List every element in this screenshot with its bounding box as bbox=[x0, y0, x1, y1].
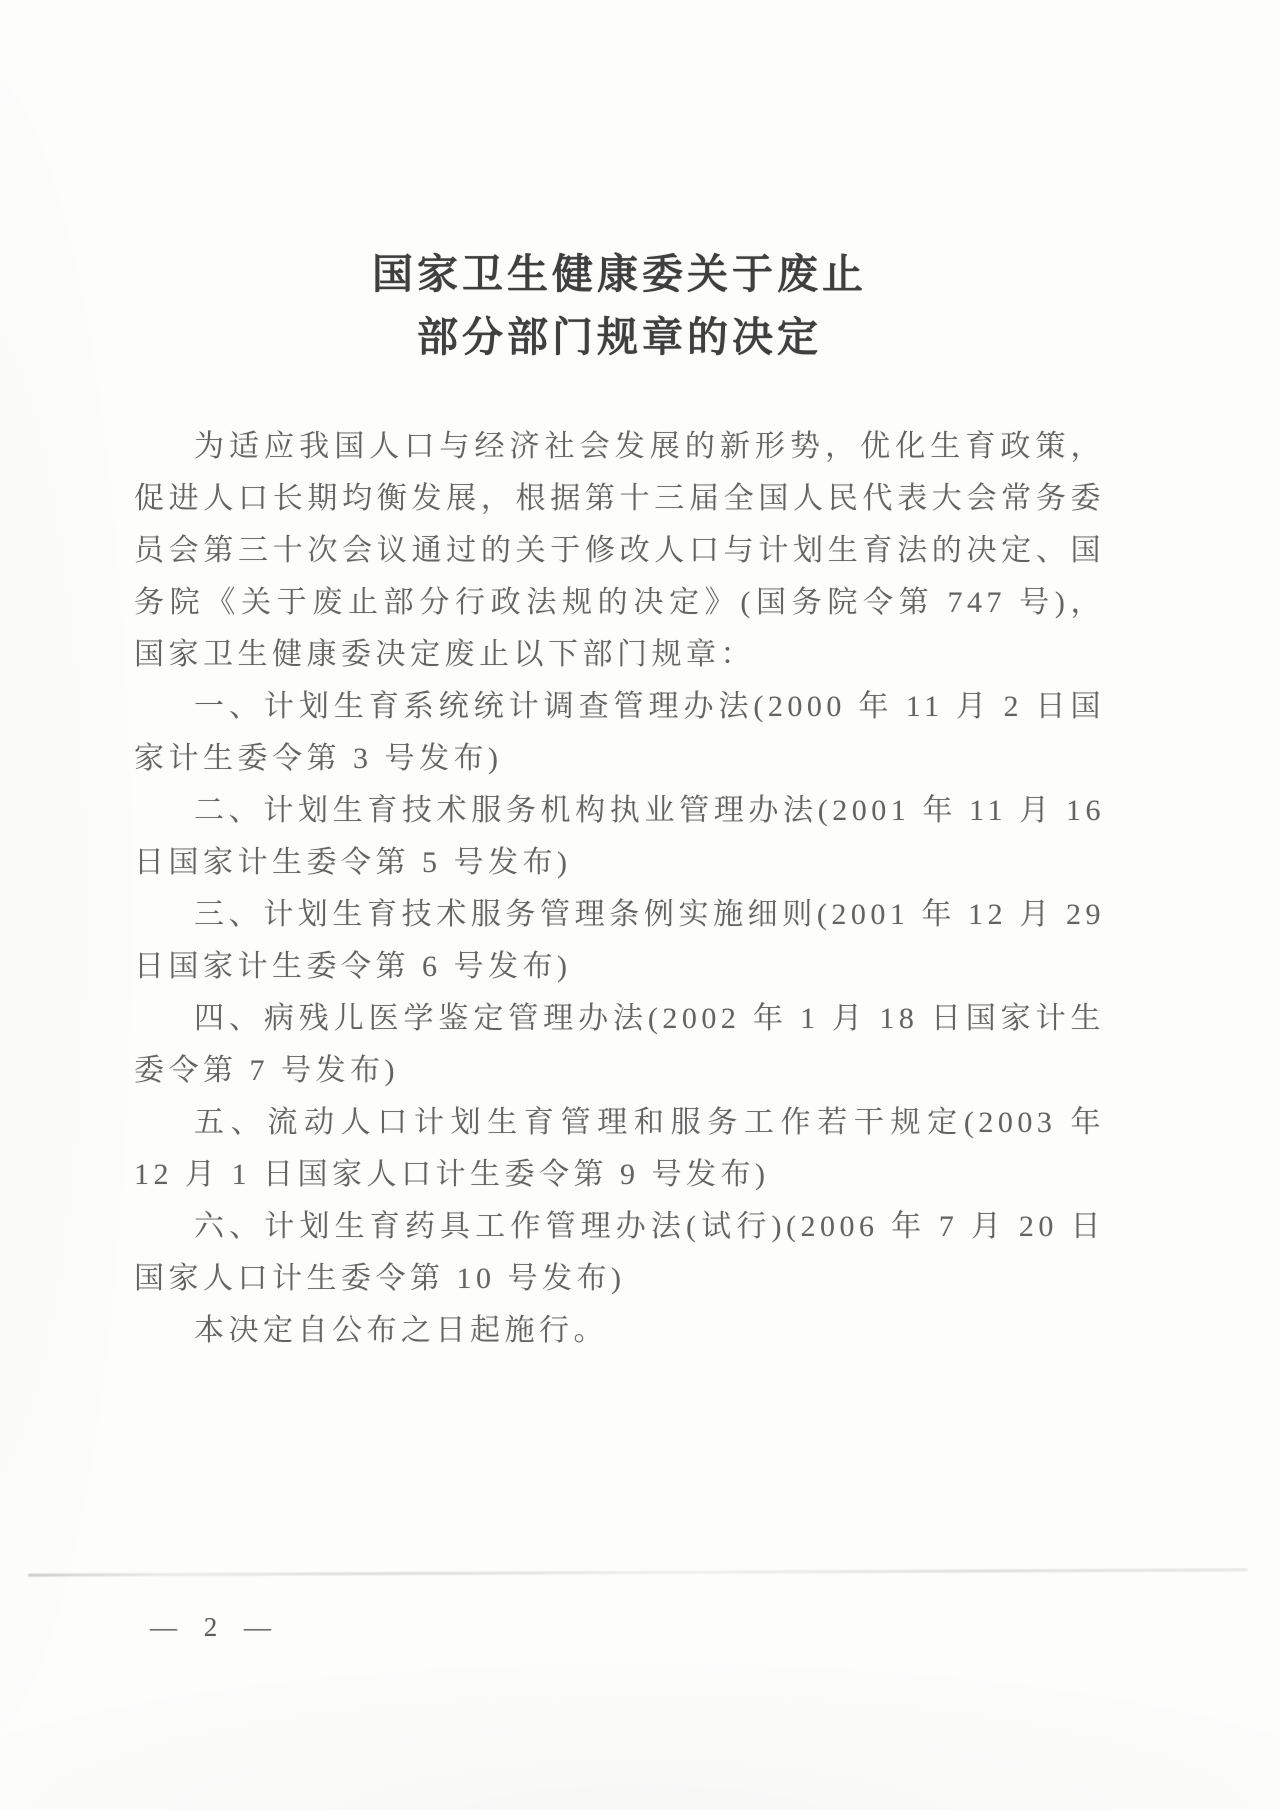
repealed-item-5: 五、流动人口计划生育管理和服务工作若干规定(2003 年 12 月 1 日国家人… bbox=[134, 1097, 1105, 1201]
repealed-item-1: 一、计划生育系统统计调查管理办法(2000 年 11 月 2 日国家计生委令第 … bbox=[134, 681, 1105, 785]
title-line-1: 国家卫生健康委关于废止 bbox=[134, 243, 1105, 306]
repealed-item-2: 二、计划生育技术服务机构执业管理办法(2001 年 11 月 16 日国家计生委… bbox=[134, 785, 1105, 889]
repealed-item-6: 六、计划生育药具工作管理办法(试行)(2006 年 7 月 20 日国家人口计生… bbox=[134, 1201, 1105, 1305]
repealed-item-4: 四、病残儿医学鉴定管理办法(2002 年 1 月 18 日国家计生委令第 7 号… bbox=[134, 993, 1105, 1097]
page-number: — 2 — bbox=[150, 1612, 281, 1643]
scanned-document-page: 国家卫生健康委关于废止 部分部门规章的决定 为适应我国人口与经济社会发展的新形势… bbox=[0, 0, 1280, 1810]
document-body: 为适应我国人口与经济社会发展的新形势，优化生育政策，促进人口长期均衡发展，根据第… bbox=[134, 421, 1105, 1357]
scan-artifact-line bbox=[28, 1568, 1248, 1576]
document-title: 国家卫生健康委关于废止 部分部门规章的决定 bbox=[134, 243, 1105, 369]
repealed-item-3: 三、计划生育技术服务管理条例实施细则(2001 年 12 月 29 日国家计生委… bbox=[134, 889, 1105, 993]
title-line-2: 部分部门规章的决定 bbox=[134, 306, 1105, 369]
closing-sentence: 本决定自公布之日起施行。 bbox=[134, 1305, 1105, 1357]
lead-paragraph: 为适应我国人口与经济社会发展的新形势，优化生育政策，促进人口长期均衡发展，根据第… bbox=[134, 421, 1105, 681]
